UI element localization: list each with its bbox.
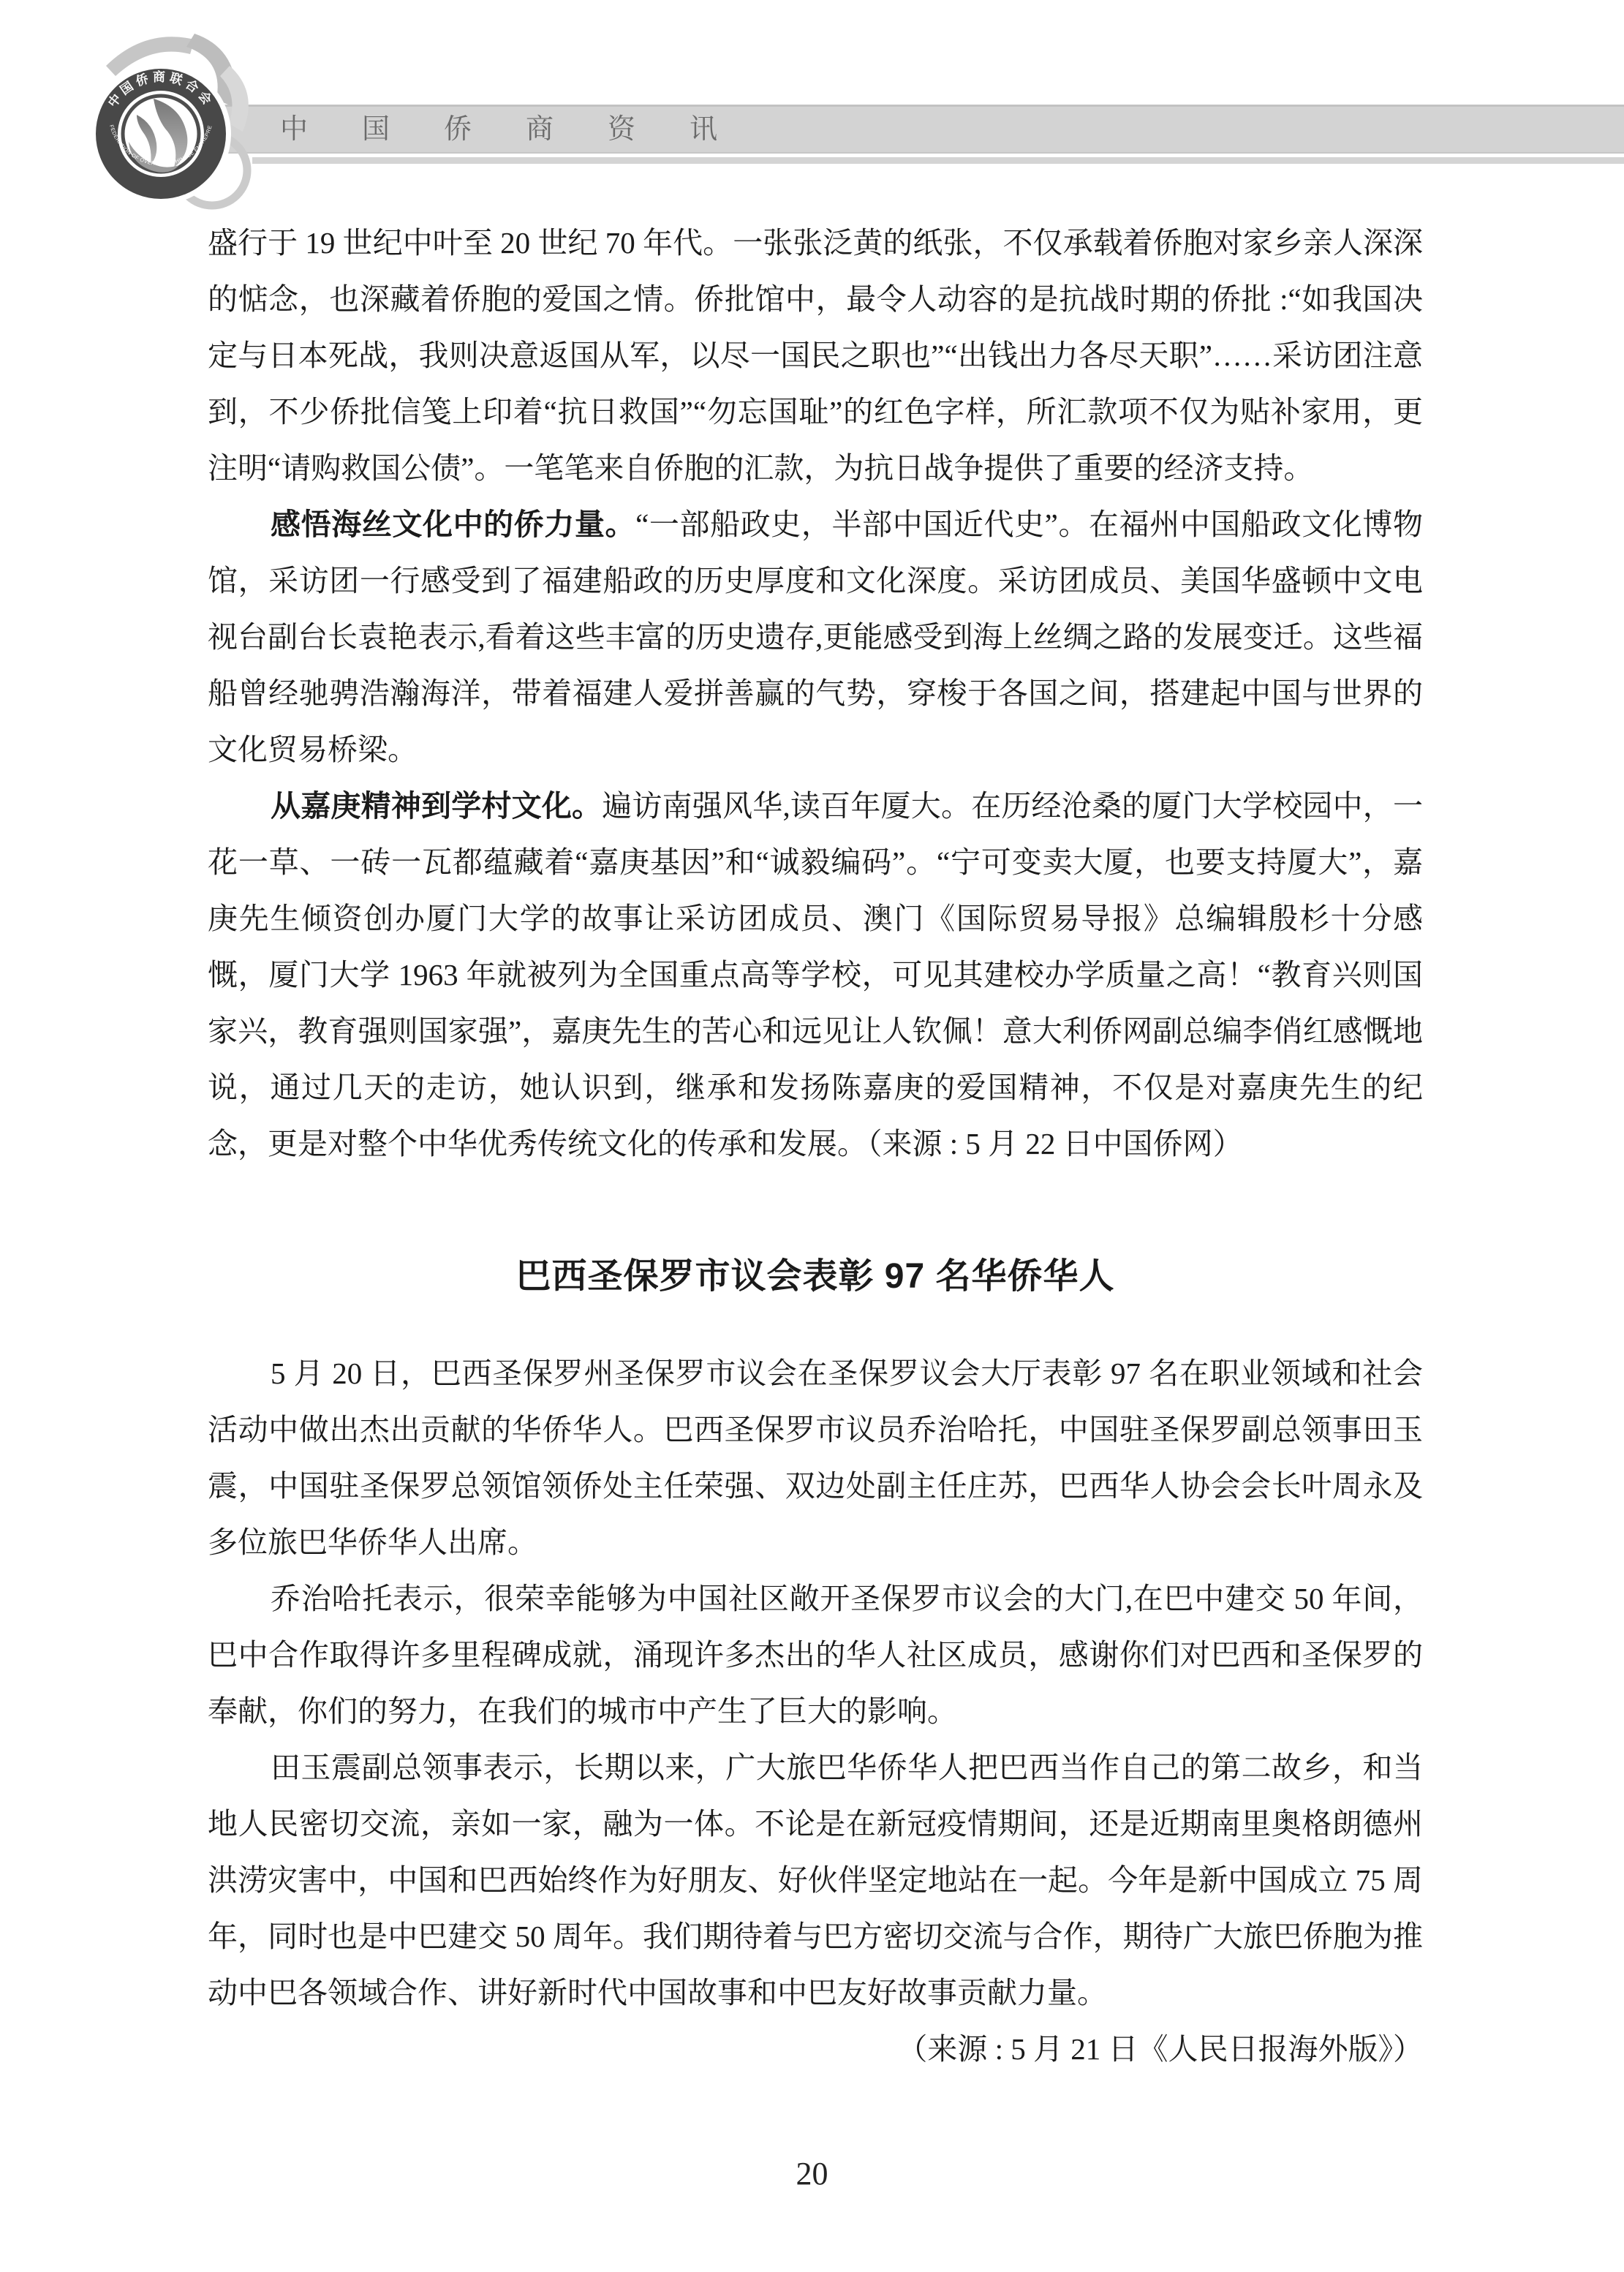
paragraph-text: 遍访南强风华,读百年厦大。在历经沧桑的厦门大学校园中，一花一草、一砖一瓦都蕴藏着… <box>208 789 1423 1160</box>
paragraph-text: 5 月 20 日，巴西圣保罗州圣保罗市议会在圣保罗议会大厅表彰 97 名在职业领… <box>208 1356 1423 1559</box>
paragraph-lead: 感悟海丝文化中的侨力量。 <box>271 507 635 541</box>
paragraph-text: “一部船政史，半部中国近代史”。在福州中国船政文化博物馆，采访团一行感受到了福建… <box>208 507 1423 766</box>
page-number: 20 <box>0 2152 1624 2196</box>
article-body: 盛行于 19 世纪中叶至 20 世纪 70 年代。一张张泛黄的纸张，不仅承载着侨… <box>208 215 1423 2077</box>
page: 中国侨商资讯 中国侨商联合会 <box>0 0 1624 2272</box>
header-sub-band <box>252 157 1624 164</box>
paragraph-text: 田玉震副总领事表示，长期以来，广大旅巴华侨华人把巴西当作自己的第二故乡，和当地人… <box>208 1751 1423 2009</box>
article-title: 巴西圣保罗市议会表彰 97 名华侨华人 <box>208 1253 1423 1301</box>
paragraph: 田玉震副总领事表示，长期以来，广大旅巴华侨华人把巴西当作自己的第二故乡，和当地人… <box>208 1740 1423 2021</box>
paragraph: 盛行于 19 世纪中叶至 20 世纪 70 年代。一张张泛黄的纸张，不仅承载着侨… <box>208 215 1423 497</box>
paragraph-lead: 从嘉庚精神到学村文化。 <box>271 789 602 823</box>
cfoce-logo-icon: 中国侨商联合会 CHINA FEDERATION OF OVERSEAS CHI… <box>44 20 263 240</box>
paragraph-text: 盛行于 19 世纪中叶至 20 世纪 70 年代。一张张泛黄的纸张，不仅承载着侨… <box>208 226 1423 485</box>
paragraph: 5 月 20 日，巴西圣保罗州圣保罗市议会在圣保罗议会大厅表彰 97 名在职业领… <box>208 1346 1423 1571</box>
paragraph: 感悟海丝文化中的侨力量。“一部船政史，半部中国近代史”。在福州中国船政文化博物馆… <box>208 497 1423 778</box>
paragraph-text: 乔治哈托表示，很荣幸能够为中国社区敞开圣保罗市议会的大门,在巴中建交 50 年间… <box>208 1582 1423 1728</box>
banner-title: 中国侨商资讯 <box>280 110 771 150</box>
paragraph: 乔治哈托表示，很荣幸能够为中国社区敞开圣保罗市议会的大门,在巴中建交 50 年间… <box>208 1571 1423 1740</box>
paragraph: 从嘉庚精神到学村文化。遍访南强风华,读百年厦大。在历经沧桑的厦门大学校园中，一花… <box>208 778 1423 1172</box>
source-line: （来源 : 5 月 21 日《人民日报海外版》） <box>208 2021 1423 2077</box>
